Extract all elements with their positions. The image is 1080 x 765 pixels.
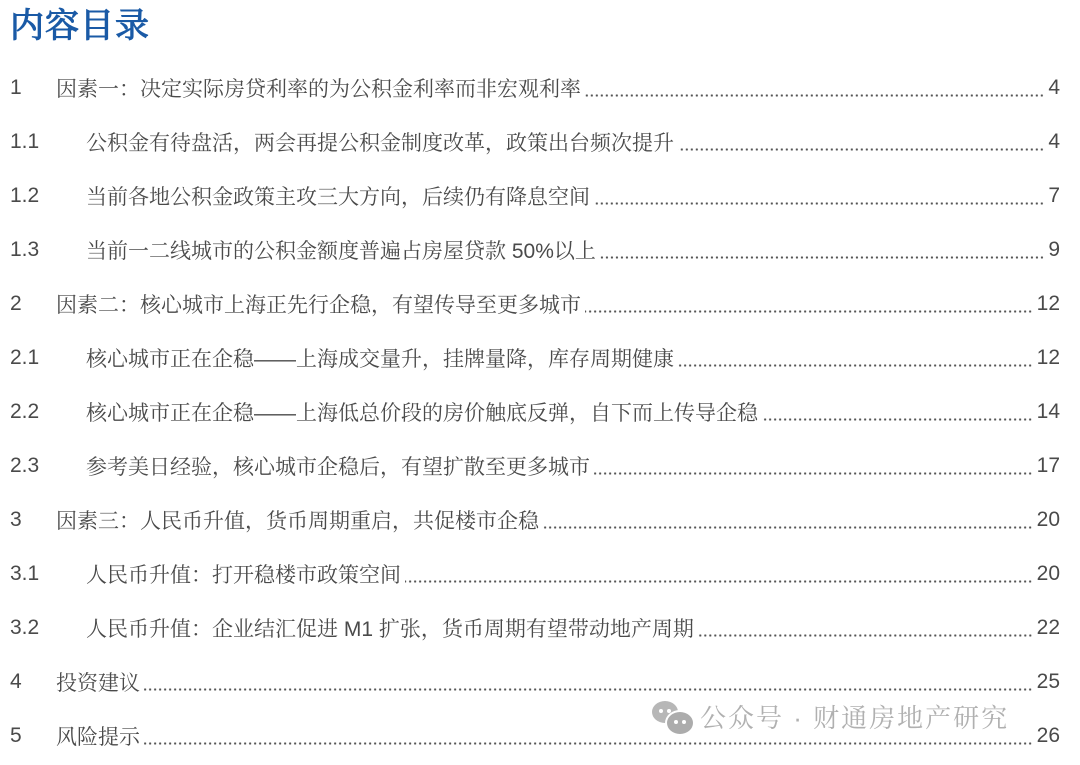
toc-entry-page: 20 [1037,508,1060,532]
toc-entry[interactable]: 3.2 人民币升值：企业结汇促进 M1 扩张，货币周期有望带动地产周期 22 [0,610,1060,646]
toc-entry-page: 20 [1037,562,1060,586]
toc-entry-number: 3.2 [0,616,86,640]
toc-entry[interactable]: 1 因素一：决定实际房贷利率的为公积金利率而非宏观利率 4 [0,70,1060,106]
toc-entry-page: 7 [1048,184,1060,208]
dot-leader [762,418,1033,421]
toc-entry[interactable]: 2.2 核心城市正在企稳——上海低总价段的房价触底反弹，自下而上传导企稳 14 [0,394,1060,430]
toc-entry[interactable]: 2.3 参考美日经验，核心城市企稳后，有望扩散至更多城市 17 [0,448,1060,484]
toc-entry-number: 2.3 [0,454,86,478]
toc-entry-text: 风险提示 [56,721,140,751]
dot-leader [144,742,1033,745]
toc-entry-number: 5 [0,724,56,748]
toc-entry-page: 22 [1037,616,1060,640]
toc-entry[interactable]: 3.1 人民币升值：打开稳楼市政策空间 20 [0,556,1060,592]
toc-entry-page: 9 [1048,238,1060,262]
toc-entry[interactable]: 4 投资建议 25 [0,664,1060,700]
toc-entry-number: 4 [0,670,56,694]
watermark: 公众号 · 财通房地产研究 [650,698,1009,735]
toc-entry-page: 25 [1037,670,1060,694]
toc-entry-page: 4 [1048,76,1060,100]
dot-leader [405,580,1033,583]
toc-entry-text: 当前各地公积金政策主攻三大方向，后续仍有降息空间 [86,181,590,211]
dot-leader [698,634,1033,637]
toc-entry[interactable]: 1.2 当前各地公积金政策主攻三大方向，后续仍有降息空间 7 [0,178,1060,214]
toc-entry-number: 1 [0,76,56,100]
dot-leader [594,202,1044,205]
toc-entry-page: 12 [1037,346,1060,370]
dot-leader [144,688,1033,691]
dot-leader [594,472,1033,475]
toc-entry-text: 因素三：人民币升值，货币周期重启，共促楼市企稳 [56,505,539,535]
toc-entry-page: 17 [1037,454,1060,478]
toc-entry-number: 1.1 [0,130,86,154]
toc-entry-text: 核心城市正在企稳——上海成交量升，挂牌量降，库存周期健康 [86,343,674,373]
toc-entry[interactable]: 3 因素三：人民币升值，货币周期重启，共促楼市企稳 20 [0,502,1060,538]
toc-entry-text: 核心城市正在企稳——上海低总价段的房价触底反弹，自下而上传导企稳 [86,397,758,427]
toc-entry-page: 4 [1048,130,1060,154]
toc-entry-text: 因素一：决定实际房贷利率的为公积金利率而非宏观利率 [56,73,581,103]
toc-title: 内容目录 [10,4,150,48]
toc-entry-number: 1.2 [0,184,86,208]
toc-entry-page: 14 [1037,400,1060,424]
dot-leader [678,364,1033,367]
dot-leader [585,94,1044,97]
dot-leader [543,526,1033,529]
toc-entry-page: 12 [1037,292,1060,316]
toc-entry-number: 2.1 [0,346,86,370]
toc-entry-text: 人民币升值：企业结汇促进 M1 扩张，货币周期有望带动地产周期 [86,613,694,643]
toc-entry[interactable]: 2 因素二：核心城市上海正先行企稳，有望传导至更多城市 12 [0,286,1060,322]
toc-entry-number: 2.2 [0,400,86,424]
toc-entry-number: 3.1 [0,562,86,586]
toc-entry-text: 因素二：核心城市上海正先行企稳，有望传导至更多城市 [56,289,581,319]
toc-entry-number: 2 [0,292,56,316]
dot-leader [585,310,1033,313]
toc-entry[interactable]: 2.1 核心城市正在企稳——上海成交量升，挂牌量降，库存周期健康 12 [0,340,1060,376]
toc-entry[interactable]: 1.3 当前一二线城市的公积金额度普遍占房屋贷款 50%以上 9 [0,232,1060,268]
watermark-text: 公众号 · 财通房地产研究 [700,698,1009,735]
toc-entry-text: 参考美日经验，核心城市企稳后，有望扩散至更多城市 [86,451,590,481]
dot-leader [678,148,1044,151]
toc-entry-text: 当前一二线城市的公积金额度普遍占房屋贷款 50%以上 [86,235,596,265]
toc-entry-text: 人民币升值：打开稳楼市政策空间 [86,559,401,589]
toc-entry-number: 1.3 [0,238,86,262]
wechat-icon [650,699,694,735]
toc-entry[interactable]: 1.1 公积金有待盘活，两会再提公积金制度改革，政策出台频次提升 4 [0,124,1060,160]
dot-leader [600,256,1044,259]
toc-entry-page: 26 [1037,724,1060,748]
toc-entry-text: 公积金有待盘活，两会再提公积金制度改革，政策出台频次提升 [86,127,674,157]
toc-entry-number: 3 [0,508,56,532]
toc-entry-text: 投资建议 [56,667,140,697]
